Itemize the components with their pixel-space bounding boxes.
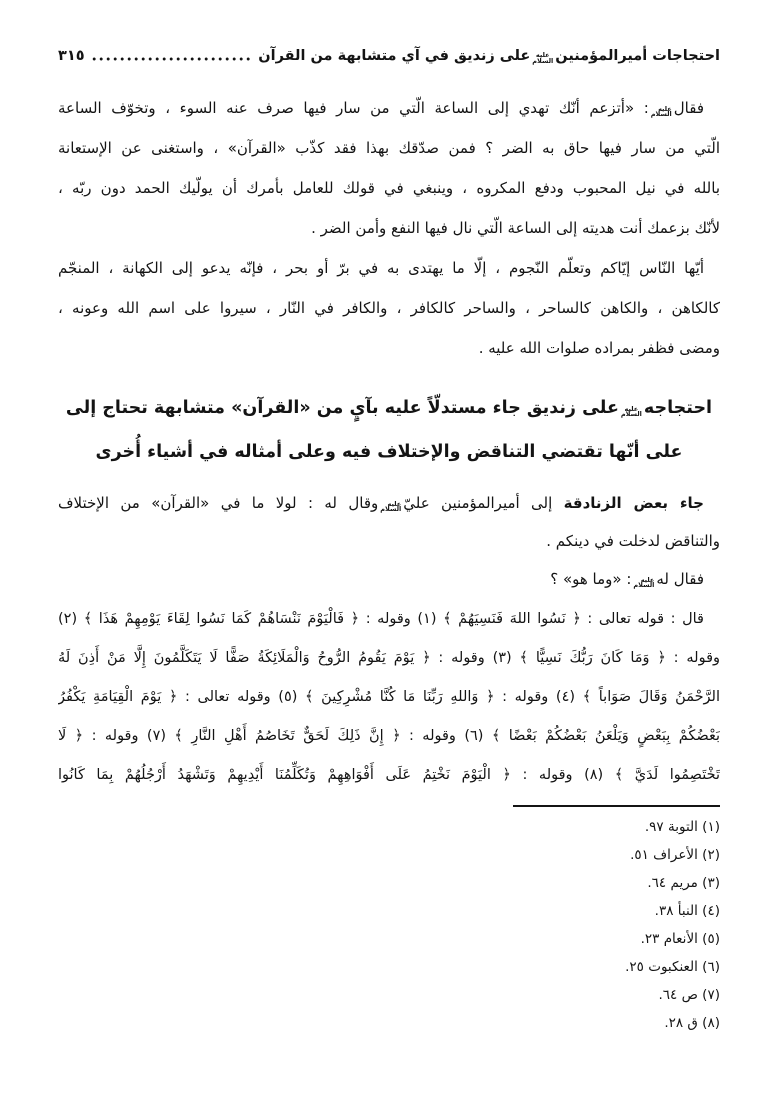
paragraph-line: أيّها النّاس إيّاكم وتعلّم النّجوم ، إلّ… <box>58 248 720 288</box>
paragraph-line: كالكاهن ، والكاهن كالساحر ، والساحر كالك… <box>58 288 720 328</box>
paragraph-1: فقالعليهالسلام: «أتزعم أنّك تهدي إلى الس… <box>58 88 720 248</box>
paragraph-line: والتناقض لدخلت في دينكم . <box>58 522 720 560</box>
verse-line: تَخْتَصِمُوا لَدَيَّ ﴾ (٨) وقوله : ﴿ الْ… <box>58 756 720 795</box>
paragraph-line: لأنّك بزعمك أنت هديته إلى الساعة الّتي ن… <box>58 208 720 248</box>
bold-lead-phrase: جاء بعض الزنادقة <box>564 494 704 512</box>
book-page: احتجاجات أميرالمؤمنينعليهالسلامعلى زنديق… <box>0 0 778 1106</box>
page-number: ٣١٥ <box>58 48 85 64</box>
verse-line: وقوله : ﴿ وَمَا كَانَ رَبُّكَ نَسِيًّا ﴾… <box>58 639 720 678</box>
running-head-title-post: على زنديق في آي متشابهة من القرآن <box>258 48 530 64</box>
section-heading: احتجاجهعليهالسلامعلى زنديق جاء مستدلّاً … <box>58 386 720 474</box>
footnote: (٨) ق ٢٨. <box>58 1009 720 1037</box>
paragraph-line: بالله في نيل المحبوب ودفع المكروه ، وينب… <box>58 168 720 208</box>
running-head: احتجاجات أميرالمؤمنينعليهالسلامعلى زنديق… <box>58 34 720 64</box>
verse-line: بَعْضُكُمْ بِبَعْضٍ وَيَلْعَنُ بَعْضُكُم… <box>58 717 720 756</box>
footnote: (٧) ص ٦٤. <box>58 981 720 1009</box>
verse-line: الرَّحْمَنُ وَقَالَ صَوَاباً ﴾ (٤) وقوله… <box>58 678 720 717</box>
running-head-title-pre: احتجاجات أميرالمؤمنين <box>555 48 720 64</box>
paragraph-3: جاء بعض الزنادقة إلى أميرالمؤمنين عليّعل… <box>58 484 720 598</box>
page-content: احتجاجات أميرالمؤمنينعليهالسلامعلى زنديق… <box>58 34 720 1037</box>
footnote: (٤) النبأ ٣٨. <box>58 897 720 925</box>
running-head-title: احتجاجات أميرالمؤمنينعليهالسلامعلى زنديق… <box>258 48 720 65</box>
dot-leader <box>92 50 252 64</box>
alayhi-salam-symbol: عليهالسلام <box>621 407 642 418</box>
alayhi-salam-symbol: عليهالسلام <box>633 578 654 589</box>
alayhi-salam-symbol: عليهالسلام <box>380 502 401 513</box>
paragraph-line: فقال لهعليهالسلام: «وما هو» ؟ <box>58 560 720 598</box>
paragraph-line: فقالعليهالسلام: «أتزعم أنّك تهدي إلى الس… <box>58 88 720 128</box>
section-heading-line: على أنّها تقتضي التناقض والإختلاف فيه وع… <box>58 430 720 474</box>
verses-paragraph: قال : قوله تعالى : ﴿ نَسُوا اللهَ فَنَسِ… <box>58 600 720 795</box>
footnote: (٦) العنكبوت ٢٥. <box>58 953 720 981</box>
alayhi-salam-symbol: عليهالسلام <box>651 107 672 118</box>
paragraph-line: جاء بعض الزنادقة إلى أميرالمؤمنين عليّعل… <box>58 484 720 522</box>
section-heading-line: احتجاجهعليهالسلامعلى زنديق جاء مستدلّاً … <box>58 386 720 430</box>
verse-line: قال : قوله تعالى : ﴿ نَسُوا اللهَ فَنَسِ… <box>58 600 720 639</box>
paragraph-line: الّتي من سار فيها حاق به الضر ؟ فمن صدّق… <box>58 128 720 168</box>
alayhi-salam-symbol: عليهالسلام <box>532 53 553 64</box>
footnote: (٢) الأعراف ٥١. <box>58 841 720 869</box>
paragraph-line: ومضى فظفر بمراده صلوات الله عليه . <box>58 328 720 368</box>
footnote: (١) التوبة ٩٧. <box>58 813 720 841</box>
footnote-separator-wrap <box>58 805 720 807</box>
footnotes: (١) التوبة ٩٧. (٢) الأعراف ٥١. (٣) مريم … <box>58 813 720 1037</box>
footnote: (٥) الأنعام ٢٣. <box>58 925 720 953</box>
paragraph-2: أيّها النّاس إيّاكم وتعلّم النّجوم ، إلّ… <box>58 248 720 368</box>
footnote-separator <box>513 805 720 807</box>
footnote: (٣) مريم ٦٤. <box>58 869 720 897</box>
